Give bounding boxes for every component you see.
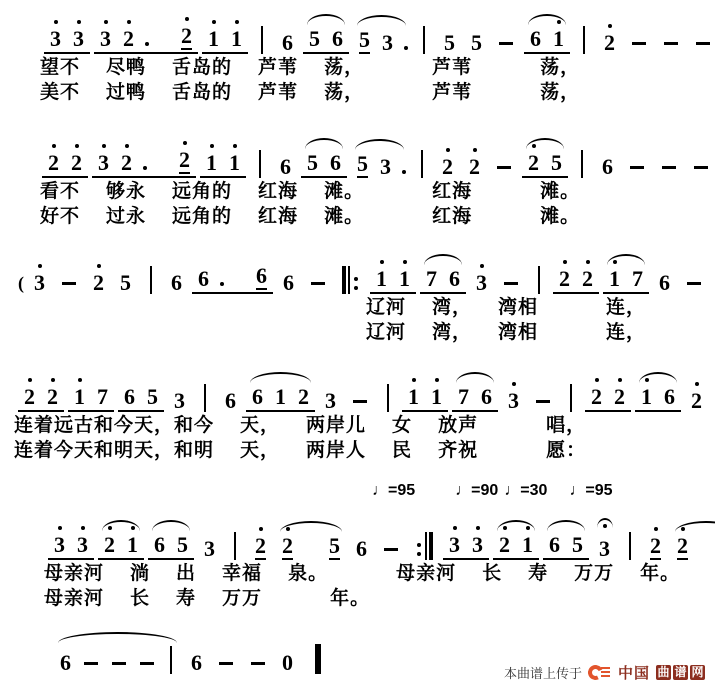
note-6: 6 xyxy=(449,268,460,290)
note-group xyxy=(572,150,592,178)
lyric-segment: 芦苇 xyxy=(258,56,298,79)
note-group xyxy=(689,42,715,54)
note-2: 2 xyxy=(298,386,309,408)
note-group: 3 xyxy=(470,272,493,294)
lyric-segment: 辽河 xyxy=(366,321,406,344)
lyric-segment: 母亲河 xyxy=(44,587,104,610)
barline xyxy=(423,26,425,54)
note-group: 6 xyxy=(185,652,208,674)
note-1-high: 1 xyxy=(231,28,242,50)
note-group: 6 xyxy=(596,156,619,178)
lyric-segment: 民 xyxy=(392,439,412,462)
lyric-segment: 出 xyxy=(176,562,196,585)
note-group: ( xyxy=(16,274,24,294)
beamed-note-group: 11 xyxy=(402,386,448,412)
lyric-segment: 两岸儿 xyxy=(306,414,366,437)
note-group: 6 xyxy=(277,272,300,294)
slur-note-group: 21 xyxy=(493,534,539,560)
note-6: 6 xyxy=(664,386,675,408)
note-group xyxy=(55,282,83,294)
note-3: 3 xyxy=(382,32,393,54)
note-2-high: 2 xyxy=(71,152,82,174)
lyric-segment: 天， xyxy=(240,414,280,437)
beamed-note-group: 66 xyxy=(192,265,273,294)
lyric-segment: 寿 xyxy=(528,562,548,585)
notation-row-5: 3321653225633216532256 xyxy=(0,510,715,560)
note-group: 6 xyxy=(219,390,242,412)
repeat-start-sign xyxy=(342,266,360,294)
duration-dash xyxy=(499,42,513,45)
note-group: 2 xyxy=(685,390,708,412)
lyric-segment: 湾， xyxy=(432,296,472,319)
note-group xyxy=(620,532,640,560)
slur-note-group: 53 xyxy=(351,153,408,178)
note-group xyxy=(492,42,520,54)
upload-credit-text: 本曲谱上传于 xyxy=(504,663,582,682)
barline xyxy=(570,384,572,412)
lyric-segment: 滩。 xyxy=(324,205,364,228)
lyric-segment: 芦苇 xyxy=(432,56,472,79)
lyric-segment: 母亲河 xyxy=(44,562,104,585)
note-1-high: 1 xyxy=(127,534,138,556)
note-group xyxy=(529,266,549,294)
note-3-high: 3 xyxy=(73,28,84,50)
slur-note-group: 53 xyxy=(353,29,410,54)
note-group xyxy=(412,150,432,178)
note-1: 1 xyxy=(275,386,286,408)
note-2-high: 2 xyxy=(24,386,35,408)
beamed-note-group: 322 xyxy=(92,149,196,178)
note-6: 6 xyxy=(256,265,267,290)
slur-note-group: 56 xyxy=(301,152,347,178)
note-3-high: 3 xyxy=(34,272,45,294)
lyric-segment: 看不 xyxy=(40,180,80,203)
note-group: 2 xyxy=(436,156,459,178)
note-6: 6 xyxy=(659,272,670,294)
note-group: 6 xyxy=(350,538,373,560)
note-group xyxy=(561,384,581,412)
augmentation-dot xyxy=(404,46,408,50)
duration-dash xyxy=(694,166,708,169)
note-2-high: 2 xyxy=(442,156,453,178)
note-2-high: 2 xyxy=(282,535,293,560)
note-6: 6 xyxy=(356,538,367,560)
note-group: 3 xyxy=(168,390,191,412)
note-5: 5 xyxy=(329,535,340,560)
lyric-segment: 过鸭 xyxy=(106,81,146,104)
note-group xyxy=(346,400,374,412)
lyrics-row-2: 好不过永远角的红海滩。红海滩。 xyxy=(0,205,715,228)
note-5: 5 xyxy=(309,28,320,50)
note-group xyxy=(250,150,270,178)
note-1-high: 1 xyxy=(208,28,219,50)
note-1-high: 1 xyxy=(641,386,652,408)
note-2-high: 2 xyxy=(469,156,480,178)
note-6: 6 xyxy=(225,390,236,412)
note-group xyxy=(655,166,683,178)
duration-dash xyxy=(696,42,710,45)
tempo-mark: ♩=30 xyxy=(504,482,547,500)
note-3-high: 3 xyxy=(100,28,111,50)
score-line-3: (32566661176322176辽河湾，湾相连，辽河湾，湾相连， xyxy=(0,244,715,344)
lyric-segment: 过永 xyxy=(106,205,146,228)
lyric-segment: 红海 xyxy=(432,180,472,203)
slur-note-group: 25 xyxy=(671,535,715,560)
tempo-mark: ♩=95 xyxy=(569,482,612,500)
lyric-segment: 万万 xyxy=(222,587,262,610)
note-group xyxy=(625,42,653,54)
lyrics-row-2: 辽河湾，湾相连， xyxy=(0,321,715,344)
note-2-high: 2 xyxy=(499,534,510,556)
lyric-segment: 年。 xyxy=(330,587,370,610)
lyrics-row-1: 望不尽鸭舌岛的芦苇荡，芦苇荡， xyxy=(0,56,715,79)
note-2-high: 2 xyxy=(104,534,115,556)
slur-note-group: 25 xyxy=(276,535,346,560)
note-group xyxy=(490,166,518,178)
note-group xyxy=(212,662,240,674)
lyric-segment: 好不 xyxy=(40,205,80,228)
note-group: 3 xyxy=(593,538,616,560)
note-7: 7 xyxy=(458,386,469,408)
lyric-segment: 荡， xyxy=(540,81,580,104)
note-group: 5 xyxy=(114,272,137,294)
site-name-text: 中国 xyxy=(618,662,650,683)
lyric-segment: 滩。 xyxy=(540,180,580,203)
note-2-high: 2 xyxy=(123,28,134,50)
note-2-high: 2 xyxy=(179,149,190,174)
lyric-segment: 连着今天和明天，和明 xyxy=(14,439,214,462)
note-7: 7 xyxy=(632,268,643,290)
site-name-boxed-chars: 曲谱网 xyxy=(656,665,705,680)
note-group xyxy=(304,282,332,294)
lyric-segment: 连着远古和今天，和今 xyxy=(14,414,214,437)
note-1-high: 1 xyxy=(206,152,217,174)
barline xyxy=(234,532,236,560)
beamed-note-group: 22 xyxy=(18,386,64,412)
lyric-segment: 荡， xyxy=(324,56,364,79)
note-1-high: 1 xyxy=(609,268,620,290)
note-group xyxy=(529,400,557,412)
note-5: 5 xyxy=(572,534,583,556)
note-group xyxy=(225,532,245,560)
note-group: 6 xyxy=(653,272,676,294)
beamed-note-group: 17 xyxy=(68,386,114,412)
lyric-segment: 远角的 xyxy=(172,205,232,228)
lyric-segment: 天， xyxy=(240,439,280,462)
note-5: 5 xyxy=(147,386,158,408)
note-group xyxy=(303,644,321,674)
duration-dash xyxy=(497,166,511,169)
notation-row-2: 22322116565322256 xyxy=(0,128,715,178)
lyrics-row-2: 美不过鸭舌岛的芦苇荡，芦苇荡， xyxy=(0,81,715,104)
note-5: 5 xyxy=(177,534,188,556)
barline xyxy=(259,150,261,178)
note-5: 5 xyxy=(357,153,368,178)
lyric-segment: 舌岛的 xyxy=(172,56,232,79)
note-6: 6 xyxy=(283,272,294,294)
note-3: 3 xyxy=(204,538,215,560)
barline xyxy=(261,26,263,54)
note-group: 6 xyxy=(276,32,299,54)
note-group: 5 xyxy=(438,32,461,54)
note-5: 5 xyxy=(120,272,131,294)
lyric-segment: 长 xyxy=(482,562,502,585)
note-group xyxy=(623,166,651,178)
repeat-dots xyxy=(354,277,358,290)
note-group: 2 xyxy=(249,535,272,560)
lyric-segment: 芦苇 xyxy=(258,81,298,104)
note-group: 2 xyxy=(598,32,621,54)
note-2-high: 2 xyxy=(181,25,192,50)
lyrics-row-1: 辽河湾，湾相连， xyxy=(0,296,715,319)
note-6: 6 xyxy=(282,32,293,54)
lyric-segment: 红海 xyxy=(258,205,298,228)
note-6: 6 xyxy=(154,534,165,556)
note-1-high: 1 xyxy=(74,386,85,408)
duration-dash xyxy=(84,662,98,665)
notation-row-1: 33322116565355612 xyxy=(0,4,715,54)
note-group: 3 xyxy=(502,390,525,412)
note-3-high: 3 xyxy=(472,534,483,556)
augmentation-dot xyxy=(220,282,224,286)
note-group: 3 xyxy=(28,272,51,294)
slur-note-group: 612 xyxy=(246,386,315,412)
lyric-segment: 远角的 xyxy=(172,180,232,203)
lyrics-row-2: 母亲河长寿万万年。 xyxy=(0,587,715,610)
note-6: 6 xyxy=(530,28,541,50)
note-6: 6 xyxy=(171,272,182,294)
lyric-segment: 齐祝 xyxy=(438,439,478,462)
barline xyxy=(204,384,206,412)
note-group xyxy=(680,282,708,294)
note-2-high: 2 xyxy=(559,268,570,290)
repeat-end-sign xyxy=(415,532,433,560)
lyric-segment: 望不 xyxy=(40,56,80,79)
barline xyxy=(581,150,583,178)
lyric-segment: 芦苇 xyxy=(432,81,472,104)
lyric-segment: 湾， xyxy=(432,321,472,344)
note-6: 6 xyxy=(191,652,202,674)
note-1-high: 1 xyxy=(399,268,410,290)
note-3: 3 xyxy=(380,156,391,178)
beamed-note-group: 11 xyxy=(200,152,246,178)
note-7: 7 xyxy=(97,386,108,408)
note-group xyxy=(378,384,398,412)
note-group xyxy=(687,166,715,178)
note-1-high: 1 xyxy=(408,386,419,408)
lyric-segment: 连， xyxy=(606,321,646,344)
lyric-segment: 尽鸭 xyxy=(106,56,146,79)
beamed-note-group: 11 xyxy=(370,268,416,294)
barline xyxy=(387,384,389,412)
lyrics-row-1: 连着远古和今天，和今天，两岸儿女放声唱， xyxy=(0,414,715,437)
note-1-high: 1 xyxy=(431,386,442,408)
lyric-segment: 红海 xyxy=(258,180,298,203)
note-group: 6 xyxy=(274,156,297,178)
tempo-markings-row: ♩=95♩=90♩=30♩=95 xyxy=(0,462,715,510)
barline xyxy=(421,150,423,178)
lyric-segment: 幸福 xyxy=(222,562,262,585)
duration-dash xyxy=(504,282,518,285)
slur-note-group: 6 xyxy=(54,646,181,674)
note-group xyxy=(657,42,685,54)
lyric-segment: 湾相 xyxy=(498,296,538,319)
note-group: 6 xyxy=(165,272,188,294)
duration-dash xyxy=(384,548,398,551)
lyrics-row-1: 母亲河淌出幸福泉。母亲河长寿万万年。 xyxy=(0,562,715,585)
duration-dash xyxy=(630,166,644,169)
note-2-high: 2 xyxy=(591,386,602,408)
barline xyxy=(583,26,585,54)
score-lower-section: 3321653225633216532256母亲河淌出幸福泉。母亲河长寿万万年。… xyxy=(0,510,715,674)
beamed-note-group: 11 xyxy=(202,28,248,54)
note-2-high: 2 xyxy=(604,32,615,54)
barline xyxy=(629,532,631,560)
note-1-high: 1 xyxy=(553,28,564,50)
note-6: 6 xyxy=(330,152,341,174)
note-2-high: 2 xyxy=(121,152,132,174)
note-group xyxy=(252,26,272,54)
logo-staff-lines xyxy=(601,667,610,677)
note-3-fermata: 3 xyxy=(599,538,610,560)
note-2-high: 2 xyxy=(677,535,688,560)
note-3: 3 xyxy=(174,390,185,412)
lyric-segment: 淌 xyxy=(130,562,150,585)
note-5: 5 xyxy=(307,152,318,174)
duration-dash xyxy=(664,42,678,45)
note-group: 2 xyxy=(644,535,667,560)
augmentation-dot xyxy=(402,170,406,174)
lyric-segment: 红海 xyxy=(432,205,472,228)
duration-dash xyxy=(662,166,676,169)
note-3-high: 3 xyxy=(508,390,519,412)
lyric-segment: 愿： xyxy=(546,439,586,462)
note-7: 7 xyxy=(426,268,437,290)
lyric-segment: 放声 xyxy=(438,414,478,437)
note-6: 6 xyxy=(60,652,71,674)
lyric-segment: 两岸人 xyxy=(306,439,366,462)
slur-note-group: 21 xyxy=(98,534,144,560)
lyrics-row-1: 看不够永远角的红海滩。红海滩。 xyxy=(0,180,715,203)
duration-dash xyxy=(311,282,325,285)
beamed-note-group: 322 xyxy=(94,25,198,54)
note-5: 5 xyxy=(359,29,370,54)
slur-note-group: 76 xyxy=(420,268,466,294)
note-2-high: 2 xyxy=(528,152,539,174)
note-1-high: 1 xyxy=(376,268,387,290)
duration-dash xyxy=(687,282,701,285)
note-3-high: 3 xyxy=(50,28,61,50)
lyric-segment: 年。 xyxy=(640,562,680,585)
notation-row-3: (32566661176322176 xyxy=(0,244,715,294)
parenthesis: ( xyxy=(18,274,24,292)
beamed-note-group: 33 xyxy=(48,534,94,560)
beamed-note-group: 65 xyxy=(118,386,164,412)
note-5: 5 xyxy=(551,152,562,174)
note-6: 6 xyxy=(198,268,209,290)
duration-dash xyxy=(536,400,550,403)
lyric-segment: 舌岛的 xyxy=(172,81,232,104)
note-group: 2 xyxy=(463,156,486,178)
note-1-high: 1 xyxy=(229,152,240,174)
note-3-high: 3 xyxy=(98,152,109,174)
beamed-note-group: 33 xyxy=(443,534,489,560)
note-3-high: 3 xyxy=(476,272,487,294)
note-group xyxy=(195,384,215,412)
slur-note-group: 17 xyxy=(603,268,649,294)
barline xyxy=(170,646,172,674)
note-6: 6 xyxy=(549,534,560,556)
sheet-music-page: 33322116565355612望不尽鸭舌岛的芦苇荡，芦苇荡，美不过鸭舌岛的芦… xyxy=(0,0,715,689)
note-group: 5 xyxy=(465,32,488,54)
score-line-4: 2217653661231176322162连着远古和今天，和今天，两岸儿女放声… xyxy=(0,362,715,462)
note-2-high: 2 xyxy=(691,390,702,412)
duration-dash xyxy=(353,400,367,403)
beamed-note-group: 33 xyxy=(44,28,90,54)
note-group xyxy=(377,548,405,560)
lyric-segment: 湾相 xyxy=(498,321,538,344)
lyric-segment: 连， xyxy=(606,296,646,319)
lyric-segment: 荡， xyxy=(324,81,364,104)
slur-note-group: 76 xyxy=(452,386,498,412)
note-group xyxy=(497,282,525,294)
lyric-segment: 女 xyxy=(392,414,412,437)
site-name-boxed-char: 网 xyxy=(690,665,705,680)
slur-note-group: 65 xyxy=(148,534,194,560)
lyric-segment: 够永 xyxy=(106,180,146,203)
slur-note-group: 16 xyxy=(635,386,681,412)
barline xyxy=(538,266,540,294)
note-group xyxy=(574,26,594,54)
score-upper-section: 33322116565355612望不尽鸭舌岛的芦苇荡，芦苇荡，美不过鸭舌岛的芦… xyxy=(0,4,715,462)
note-group: 3 xyxy=(198,538,221,560)
beamed-note-group: 22 xyxy=(553,268,599,294)
note-group xyxy=(414,26,434,54)
duration-dash xyxy=(140,662,154,665)
score-line-5: 3321653225633216532256母亲河淌出幸福泉。母亲河长寿万万年。… xyxy=(0,510,715,610)
note-3-high: 3 xyxy=(77,534,88,556)
slur-note-group: 25 xyxy=(522,152,568,178)
note-group: 3 xyxy=(319,390,342,412)
note-6: 6 xyxy=(252,386,263,408)
tempo-mark: ♩=90 xyxy=(455,482,498,500)
lyric-segment: 长 xyxy=(130,587,150,610)
note-2-high: 2 xyxy=(93,272,104,294)
lyric-segment: 滩。 xyxy=(324,180,364,203)
note-2-high: 2 xyxy=(650,535,661,560)
note-1-high: 1 xyxy=(522,534,533,556)
note-3: 3 xyxy=(325,390,336,412)
lyric-segment: 美不 xyxy=(40,81,80,104)
note-6: 6 xyxy=(332,28,343,50)
lyric-segment: 辽河 xyxy=(366,296,406,319)
lyric-segment: 万万 xyxy=(574,562,614,585)
barline xyxy=(150,266,152,294)
site-name-boxed-char: 曲 xyxy=(656,665,671,680)
tempo-mark: ♩=95 xyxy=(372,482,415,500)
lyric-segment: 唱， xyxy=(546,414,586,437)
augmentation-dot xyxy=(145,42,149,46)
note-group xyxy=(409,532,439,560)
note-6: 6 xyxy=(481,386,492,408)
lyric-segment: 泉。 xyxy=(288,562,328,585)
score-line-2: 22322116565322256看不够永远角的红海滩。红海滩。好不过永远角的红… xyxy=(0,128,715,228)
note-6: 6 xyxy=(124,386,135,408)
note-2-high: 2 xyxy=(614,386,625,408)
qupu-site-logo-icon xyxy=(588,664,612,682)
beamed-note-group: 22 xyxy=(585,386,631,412)
note-5: 5 xyxy=(444,32,455,54)
